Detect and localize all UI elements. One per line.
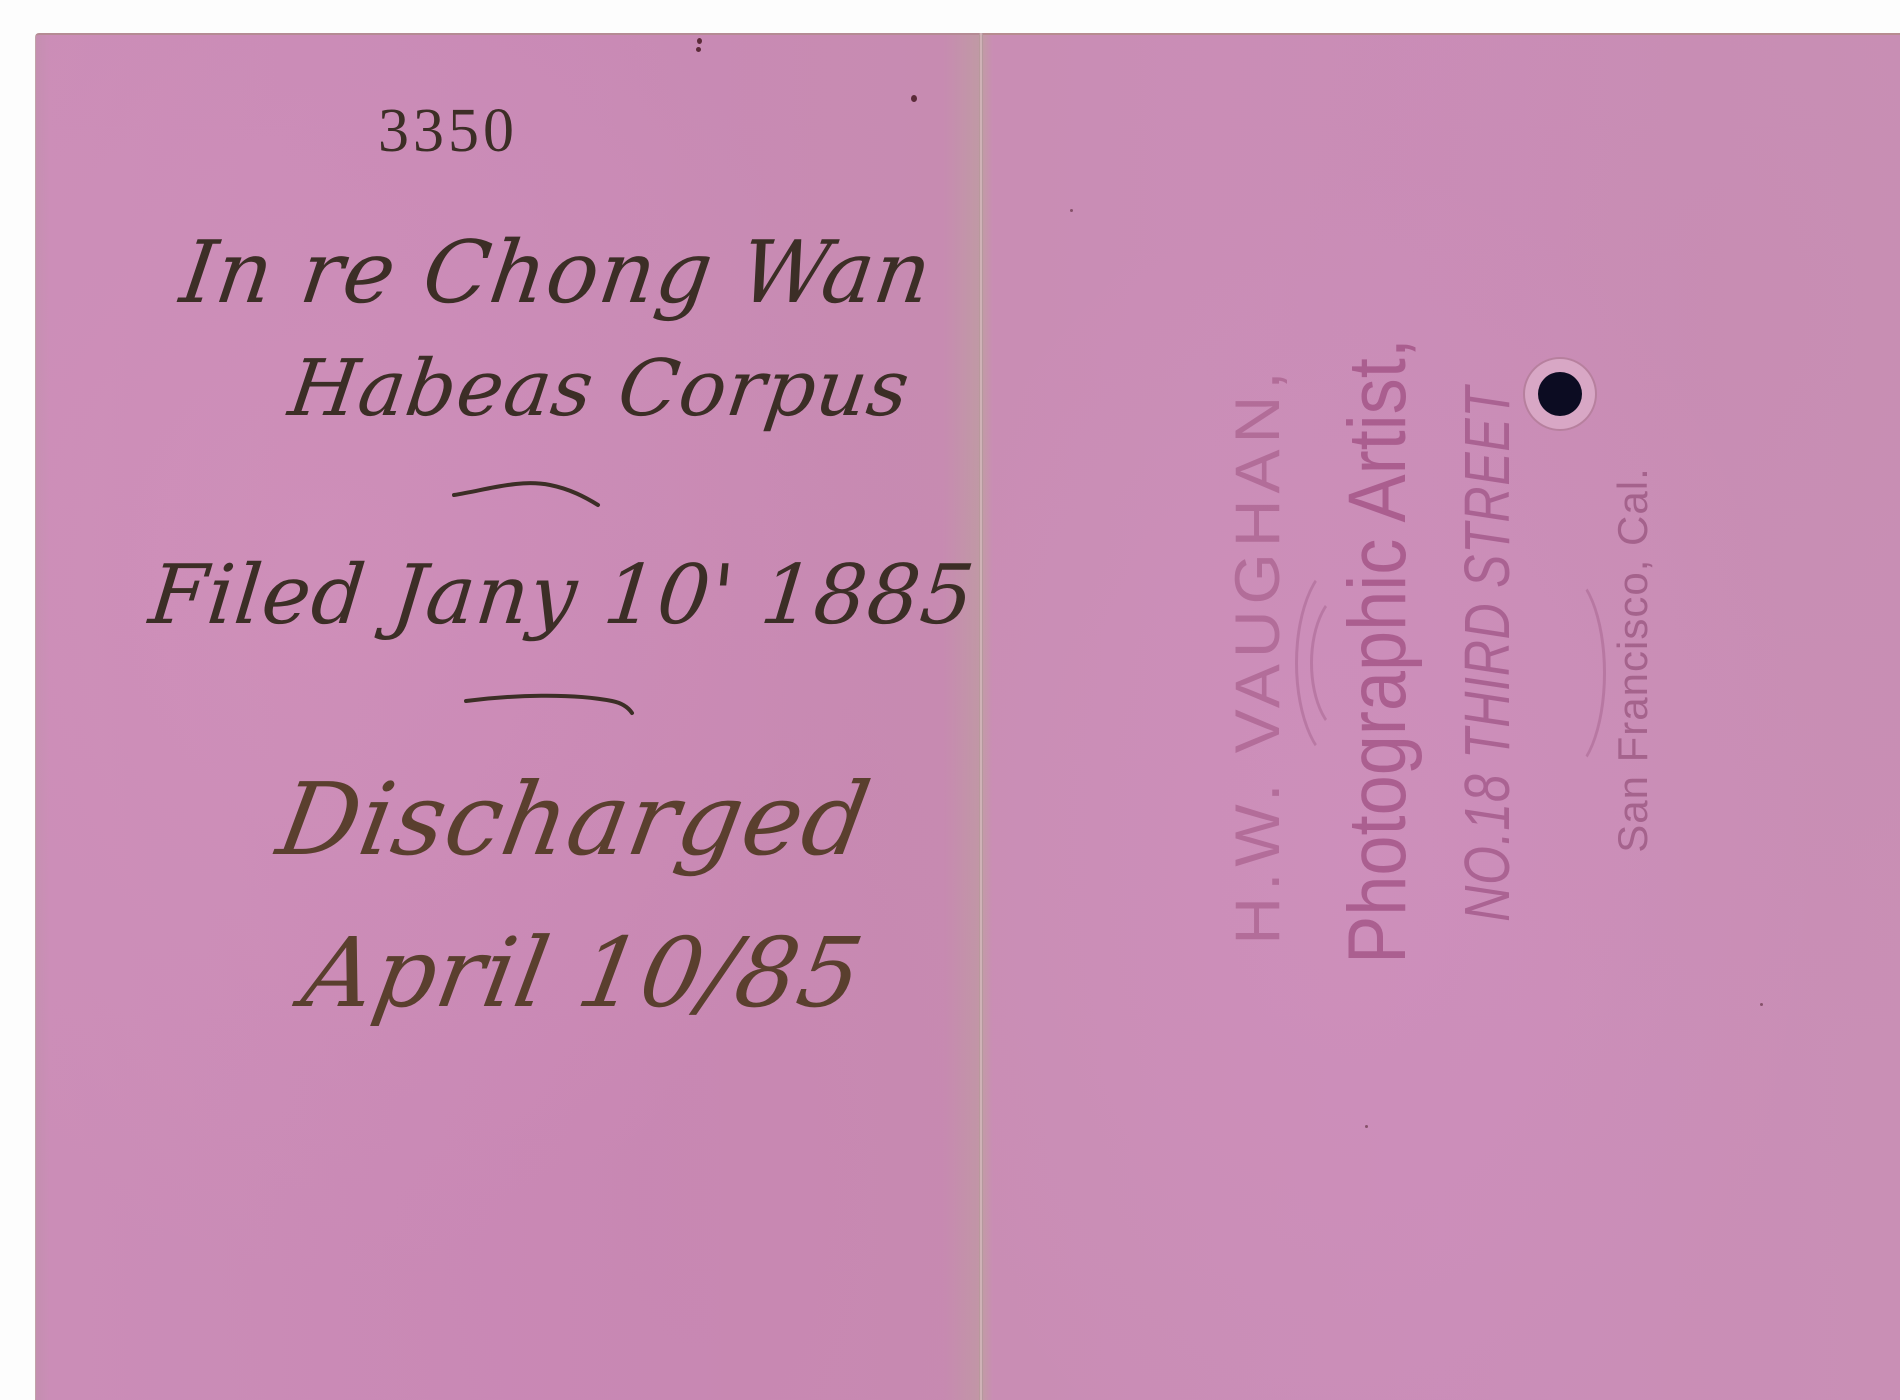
stamp-address: NO.18 THIRD STREET xyxy=(1455,386,1519,921)
stamp-photographer-title: Photographic Artist, xyxy=(1337,338,1419,964)
case-number: 3350 xyxy=(378,100,518,162)
stamp-photographer-name: H.W. VAUGHAN, xyxy=(1226,365,1289,944)
ink-speck xyxy=(911,95,917,102)
ink-speck xyxy=(1760,1003,1763,1006)
ink-speck xyxy=(696,47,701,52)
ink-speck xyxy=(1070,209,1073,212)
docket-back-panel xyxy=(983,33,1900,1400)
filed-date: Filed Jany 10' 1885 xyxy=(146,555,979,637)
disposition-date: April 10/85 xyxy=(297,925,870,1021)
case-title: In re Chong Wan xyxy=(176,230,937,316)
underline-flourish xyxy=(462,685,642,725)
case-type: Habeas Corpus xyxy=(285,350,915,428)
disposition: Discharged xyxy=(271,770,877,870)
stamp-city: San Francisco, Cal. xyxy=(1612,467,1654,852)
ink-speck xyxy=(1365,1125,1368,1128)
stamp-ornament-arc xyxy=(1520,570,1606,776)
punch-hole xyxy=(1538,372,1582,416)
separator-flourish xyxy=(450,475,610,515)
fold-crease xyxy=(979,33,983,1400)
scanned-document: 3350 In re Chong Wan Habeas Corpus Filed… xyxy=(0,0,1900,1400)
ink-speck xyxy=(697,38,702,44)
